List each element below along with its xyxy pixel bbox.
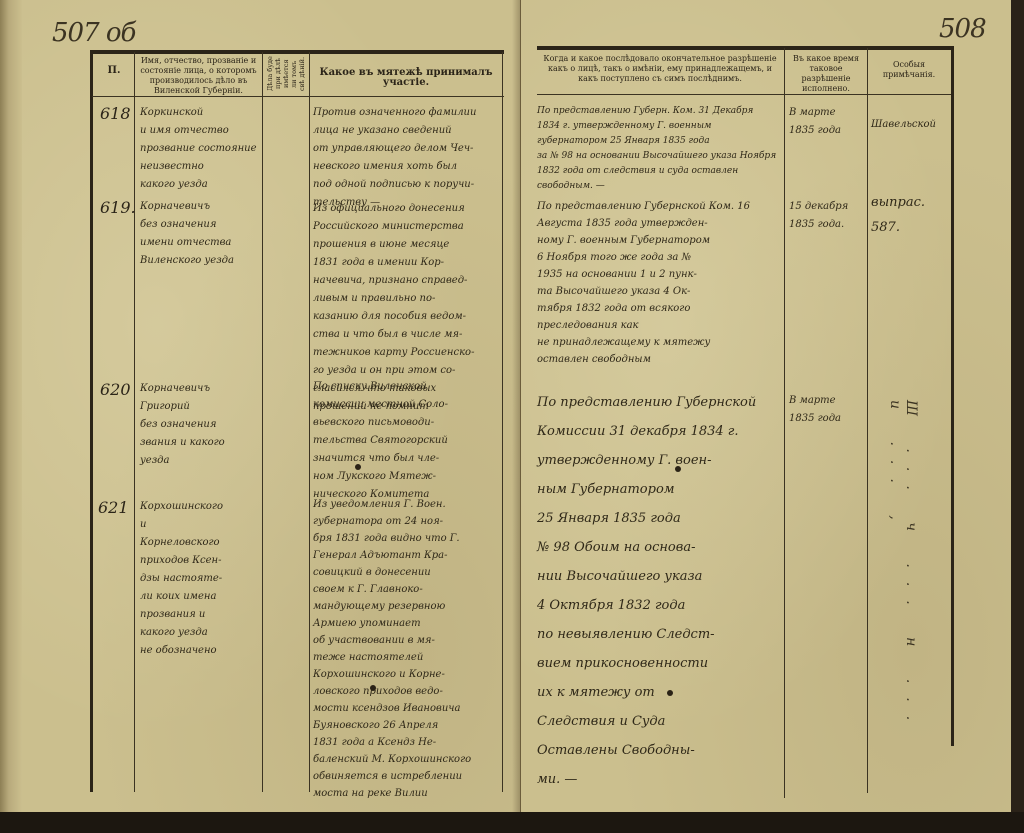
ink-spot (675, 466, 681, 472)
col-divider-number (134, 52, 135, 792)
col-divider-status (309, 52, 310, 792)
entry-number: 619. (100, 198, 136, 217)
header-person: Имя, отчество, прозваніе и состояніе лиц… (137, 56, 260, 96)
entry-executed: В марте 1835 года (789, 104, 867, 140)
header-bottom-rule (92, 96, 504, 97)
entry-executed: 15 декабря 1835 года. (789, 198, 867, 234)
folio-number-right: 508 (939, 14, 986, 44)
right-page: 508 Когда и какое послѣдовало окончатель… (521, 0, 1011, 812)
entry-resolution: По представлению Губерн. Ком. 31 Декабря… (537, 104, 785, 194)
left-outer-border (90, 50, 93, 792)
entry-person: Корначевичъ Григорий без означения звани… (140, 380, 260, 470)
header-bottom-rule (537, 94, 951, 95)
header-top-rule (537, 46, 953, 50)
header-executed: Въ какое время таковое разрѣшеніе исполн… (786, 54, 866, 94)
header-notes: Особыя примѣчанія. (869, 60, 949, 80)
entry-participation: По списку Виленской комиссии местной Сол… (313, 378, 503, 504)
ink-spot (667, 690, 673, 696)
header-number: П. (94, 66, 134, 76)
right-outer-border (951, 46, 954, 746)
page-edge-right (1011, 0, 1024, 812)
entry-participation: Из уведомления Г. Воен. губернатора от 2… (313, 496, 503, 802)
folio-number-left: 507 об (52, 18, 135, 48)
col-divider-person (262, 52, 263, 792)
header-case-status: Дѣла буде при дѣлѣ имѣется ли томъ свѣ д… (266, 55, 304, 93)
entry-participation: Против означенного фамилии лица не указа… (313, 104, 503, 212)
entry-person: Корхошинского и Корнеловского приходов К… (140, 498, 260, 660)
entry-executed: В марте 1835 года (789, 392, 867, 428)
header-resolution: Когда и какое послѣдовало окончательное … (537, 54, 783, 84)
entry-notes: Шавельской (871, 116, 951, 134)
header-top-rule (92, 50, 504, 54)
col-divider-executed (867, 48, 868, 793)
entry-number: 621 (98, 498, 129, 517)
page-edge-stack (0, 0, 22, 812)
entry-notes-vertical: Ш ... ч ... н ... и ... , (887, 400, 919, 750)
entry-person: Корначевичъ без означения имени отчества… (140, 198, 260, 270)
ink-spot (370, 685, 376, 691)
header-participation: Какое въ мятежѣ принималъ участіе. (312, 68, 500, 88)
left-page: 507 об П. Имя, отчество, прозваніе и сос… (0, 0, 521, 812)
entry-notes: выпрас. 587. (871, 190, 951, 240)
ink-spot (355, 464, 361, 470)
entry-resolution: По представлению Губернской Комиссии 31 … (537, 388, 785, 794)
entry-person: Коркинской и имя отчество прозвание сост… (140, 104, 260, 194)
entry-resolution: По представлению Губернской Ком. 16 Авгу… (537, 198, 785, 368)
entry-number: 618 (100, 104, 131, 123)
entry-number: 620 (100, 380, 131, 399)
